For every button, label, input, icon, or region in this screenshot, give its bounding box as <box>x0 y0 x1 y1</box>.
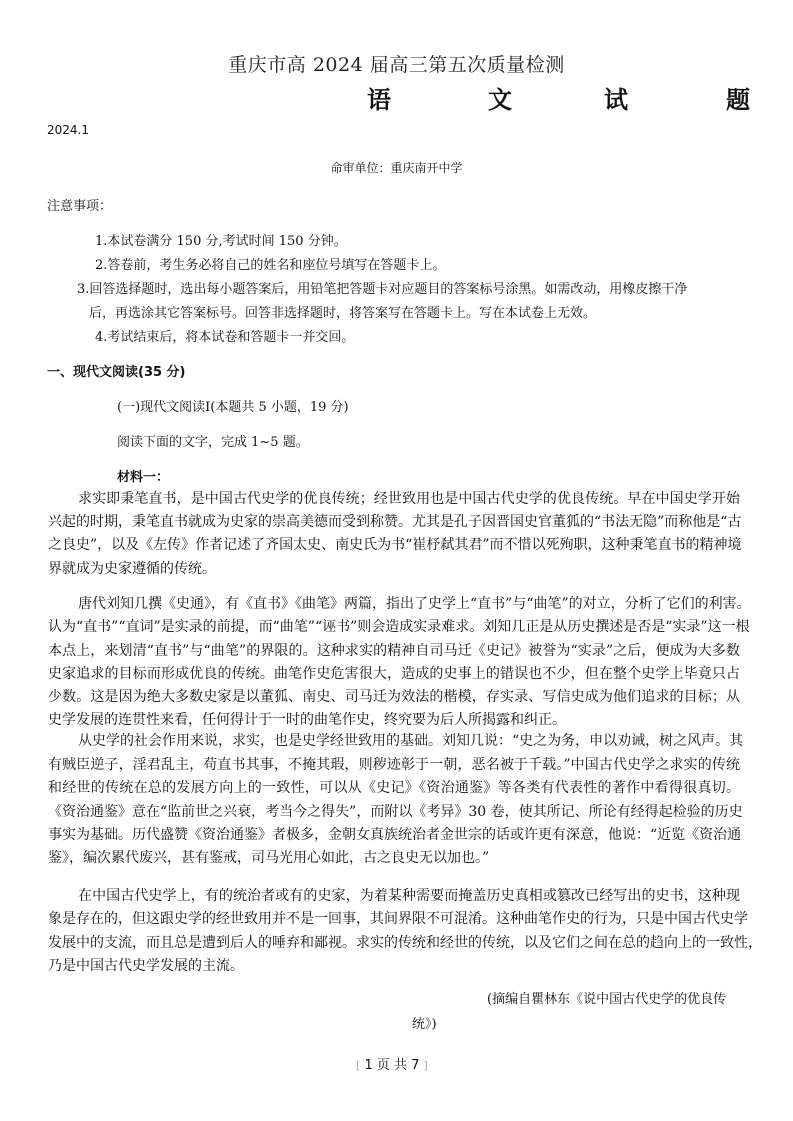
notice-item-4: 4.考试结束后，将本试卷和答题卡一并交回。 <box>95 326 354 345</box>
paragraph-line: 唐代刘知几撰《史通》，有《直书》《曲笔》两篇，指出了史学上“直书”与“曲笔”的对… <box>78 593 740 613</box>
section-subheading: (一)现代文阅读Ⅰ(本题共 5 小题，19 分) <box>117 396 349 415</box>
page-number-text: 1 页 共 7 <box>364 1058 419 1073</box>
setter-unit: 命审单位：重庆南开中学 <box>0 159 793 176</box>
paragraph-line: 认为“直书”“直词”是实录的前提，而“曲笔”“诬书”则会造成实录难求。刘知几正是… <box>48 616 740 636</box>
paragraph-line: 鉴》，编次累代废兴，甚有鉴戒，司马光用心如此，古之良史无以加也。” <box>48 847 740 867</box>
paragraph-line: 和经世的传统在总的发展方向上的一致性，可以从《史记》《资治通鉴》等各类有代表性的… <box>48 777 740 797</box>
notice-item-1: 1.本试卷满分 150 分,考试时间 150 分钟。 <box>95 230 347 249</box>
subject-char-3: 试 <box>604 80 628 115</box>
paragraph-line: 界就成为史家遵循的传统。 <box>48 558 740 578</box>
page-right-bracket: ] <box>424 1059 428 1072</box>
paragraph-line: 在中国古代史学上，有的统治者或有的史家，为着某种需要而掩盖历史真相或篡改已经写出… <box>78 885 740 905</box>
source-citation-line1: (摘编自瞿林东《说中国古代史学的优良传 <box>487 988 726 1007</box>
source-citation-line2: 统》) <box>412 1013 437 1032</box>
page-left-bracket: [ <box>356 1059 360 1072</box>
exam-date: 2024.1 <box>47 123 89 137</box>
paragraph-line: 史学发展的连贯性来看，任何得计于一时的曲笔作史，终究要为后人所揭露和纠正。 <box>48 709 740 729</box>
notice-item-2: 2.答卷前，考生务必将自己的姓名和座位号填写在答题卡上。 <box>95 254 445 273</box>
paragraph-line: 有贼臣逆子，淫君乱主，苟直书其事，不掩其瑕，则秽迹彰于一朝，恶名被于千载。”中国… <box>48 754 740 774</box>
paragraph-line: 从史学的社会作用来说，求实，也是史学经世致用的基础。刘知几说：“史之为务，申以劝… <box>78 730 740 750</box>
paragraph-line: 兴起的时期，秉笔直书就成为史家的崇高美德而受到称赞。尤其是孔子因晋国史官董狐的“… <box>48 511 740 531</box>
paragraph-line: 本点上，来划清“直书”与“曲笔”的界限的。这种求实的精神自司马迁《史记》被誉为“… <box>48 640 740 660</box>
subject-char-4: 题 <box>726 80 750 115</box>
notice-item-3-cont: 后，再选涂其它答案标号。回答非选择题时，将答案写在答题卡上。写在本试卷上无效。 <box>89 302 596 321</box>
section-heading: 一、现代文阅读(35 分) <box>47 361 186 380</box>
material-label: 材料一： <box>117 466 169 485</box>
notice-heading: 注意事项： <box>47 195 112 214</box>
paragraph-line: 象是存在的，但这跟史学的经世致用并不是一回事，其间界限不可混淆。这种曲笔作史的行… <box>48 908 740 928</box>
subject-char-2: 文 <box>488 80 512 115</box>
paragraph-line: 发展中的支流，而且总是遭到后人的唾弃和鄙视。求实的传统和经世的传统，以及它们之间… <box>48 932 740 952</box>
paragraph-line: 事实为基础。历代盛赞《资治通鉴》者极多，金朝女真族统治者金世宗的话或许更有深意，… <box>48 824 740 844</box>
subject-char-1: 语 <box>367 80 391 115</box>
paragraph-line: 《资治通鉴》意在“监前世之兴衰，考当今之得失”，而附以《考异》30 卷，使其所记… <box>48 801 740 821</box>
paragraph-line: 史家追求的目标而形成优良的传统。曲笔作史危害很大，造成的史事上的错误也不少，但在… <box>48 663 740 683</box>
paragraph-line: 之良史”，以及《左传》作者记述了齐国太史、南史氏为书“崔杼弑其君”而不惜以死殉职… <box>48 534 740 554</box>
paragraph-line: 乃是中国古代史学发展的主流。 <box>48 955 740 975</box>
paragraph-line: 求实即秉笔直书，是中国古代史学的优良传统；经世致用也是中国古代史学的优良传统。早… <box>78 488 740 508</box>
exam-title: 重庆市高 2024 届高三第五次质量检测 <box>0 50 793 77</box>
reading-instruction: 阅读下面的文字，完成 1~5 题。 <box>117 431 309 450</box>
page-number: [ 1 页 共 7 ] <box>356 1054 428 1073</box>
paragraph-line: 少数。这是因为绝大多数史家是以董狐、南史、司马迁为效法的楷模，存实录、写信史成为… <box>48 686 740 706</box>
notice-item-3: 3.回答选择题时，选出每小题答案后，用铅笔把答题卡对应题目的答案标号涂黑。如需改… <box>77 278 687 297</box>
